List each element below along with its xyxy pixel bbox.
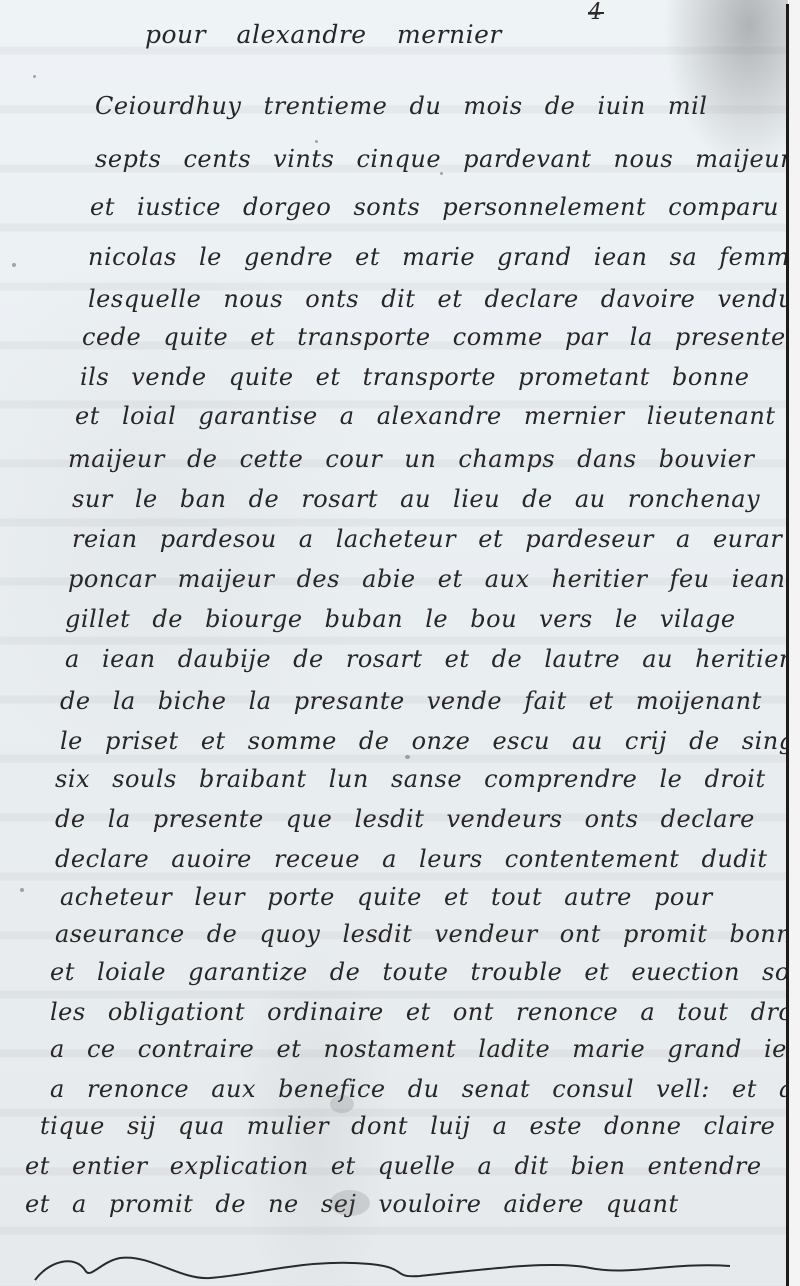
manuscript-line: sur le ban de rosart au lieu de au ronch… (72, 485, 760, 513)
closing-flourish (30, 1250, 760, 1286)
manuscript-line: poncar maijeur des abie et aux heritier … (68, 565, 785, 593)
manuscript-line: a ce contraire et nostament ladite marie… (50, 1035, 800, 1063)
manuscript-line: declare auoire receue a leurs contenteme… (55, 845, 768, 873)
manuscript-page: 4 pour alexandre mernier Ceiourdhuy tren… (0, 0, 788, 1286)
ink-speck (12, 263, 16, 267)
manuscript-line: septs cents vints cinque pardevant nous … (95, 145, 792, 173)
stain (330, 1190, 370, 1216)
ink-speck (315, 140, 318, 143)
manuscript-line: a iean daubije de rosart et de lautre au… (65, 645, 791, 673)
ink-speck (20, 888, 24, 892)
manuscript-line: cede quite et transporte comme par la pr… (82, 323, 786, 351)
manuscript-line: les obligationt ordinaire et ont renonce… (50, 998, 800, 1026)
manuscript-line: lesquelle nous onts dit et declare davoi… (88, 285, 794, 313)
manuscript-line: nicolas le gendre et marie grand iean sa… (88, 243, 800, 271)
manuscript-line: reian pardesou a lacheteur et pardeseur … (72, 525, 782, 553)
manuscript-line: acheteur leur porte quite et tout autre … (60, 883, 713, 911)
scan-margin (789, 0, 800, 1286)
ink-speck (405, 755, 410, 759)
manuscript-line: de la presente que lesdit vendeurs onts … (55, 805, 755, 833)
manuscript-line: a renonce aux benefice du senat consul v… (50, 1075, 800, 1103)
manuscript-line: gillet de biourge buban le bou vers le v… (65, 605, 736, 633)
manuscript-line: Ceiourdhuy trentieme du mois de iuin mil (95, 92, 707, 120)
stain (330, 1095, 354, 1113)
document-title: pour alexandre mernier (145, 20, 502, 49)
manuscript-line: et loial garantise a alexandre mernier l… (75, 402, 775, 430)
ink-speck (33, 75, 36, 78)
manuscript-line: aseurance de quoy lesdit vendeur ont pro… (55, 920, 800, 948)
manuscript-line: maijeur de cette cour un champs dans bou… (68, 445, 754, 473)
manuscript-line: et iustice dorgeo sonts personnelement c… (90, 193, 779, 221)
page-number: 4 (588, 0, 604, 25)
manuscript-line: de la biche la presante vende fait et mo… (60, 687, 762, 715)
manuscript-line: et entier explication et quelle a dit bi… (25, 1152, 762, 1180)
manuscript-line: six souls braibant lun sanse comprendre … (55, 765, 766, 793)
manuscript-line: et loiale garantize de toute trouble et … (50, 958, 800, 986)
ink-speck (440, 172, 443, 175)
manuscript-line: le priset et somme de onze escu au crij … (60, 727, 800, 755)
manuscript-line: tique sij qua mulier dont luij a este do… (40, 1112, 775, 1140)
manuscript-line: ils vende quite et transporte prometant … (80, 363, 749, 391)
